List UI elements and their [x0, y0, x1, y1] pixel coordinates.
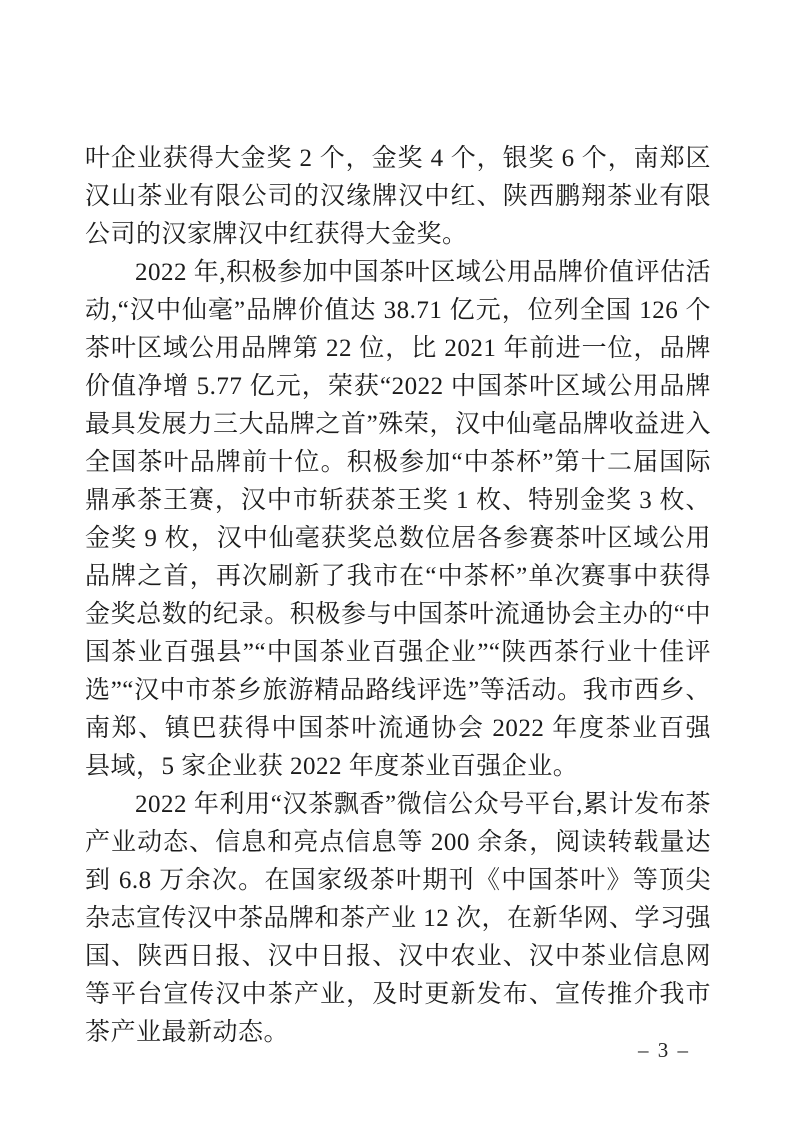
- page-number: – 3 –: [638, 1038, 690, 1063]
- paragraph-publicity: 2022 年利用“汉茶飘香”微信公众号平台,累计发布茶产业动态、信息和亮点信息等…: [85, 786, 711, 1052]
- paragraph-continuation: 叶企业获得大金奖 2 个，金奖 4 个，银奖 6 个，南郑区汉山茶业有限公司的汉…: [85, 140, 711, 254]
- document-page: 叶企业获得大金奖 2 个，金奖 4 个，银奖 6 个，南郑区汉山茶业有限公司的汉…: [0, 0, 793, 1122]
- document-body: 叶企业获得大金奖 2 个，金奖 4 个，银奖 6 个，南郑区汉山茶业有限公司的汉…: [85, 140, 711, 1052]
- paragraph-brand-value: 2022 年,积极参加中国茶叶区域公用品牌价值评估活动,“汉中仙毫”品牌价值达 …: [85, 254, 711, 786]
